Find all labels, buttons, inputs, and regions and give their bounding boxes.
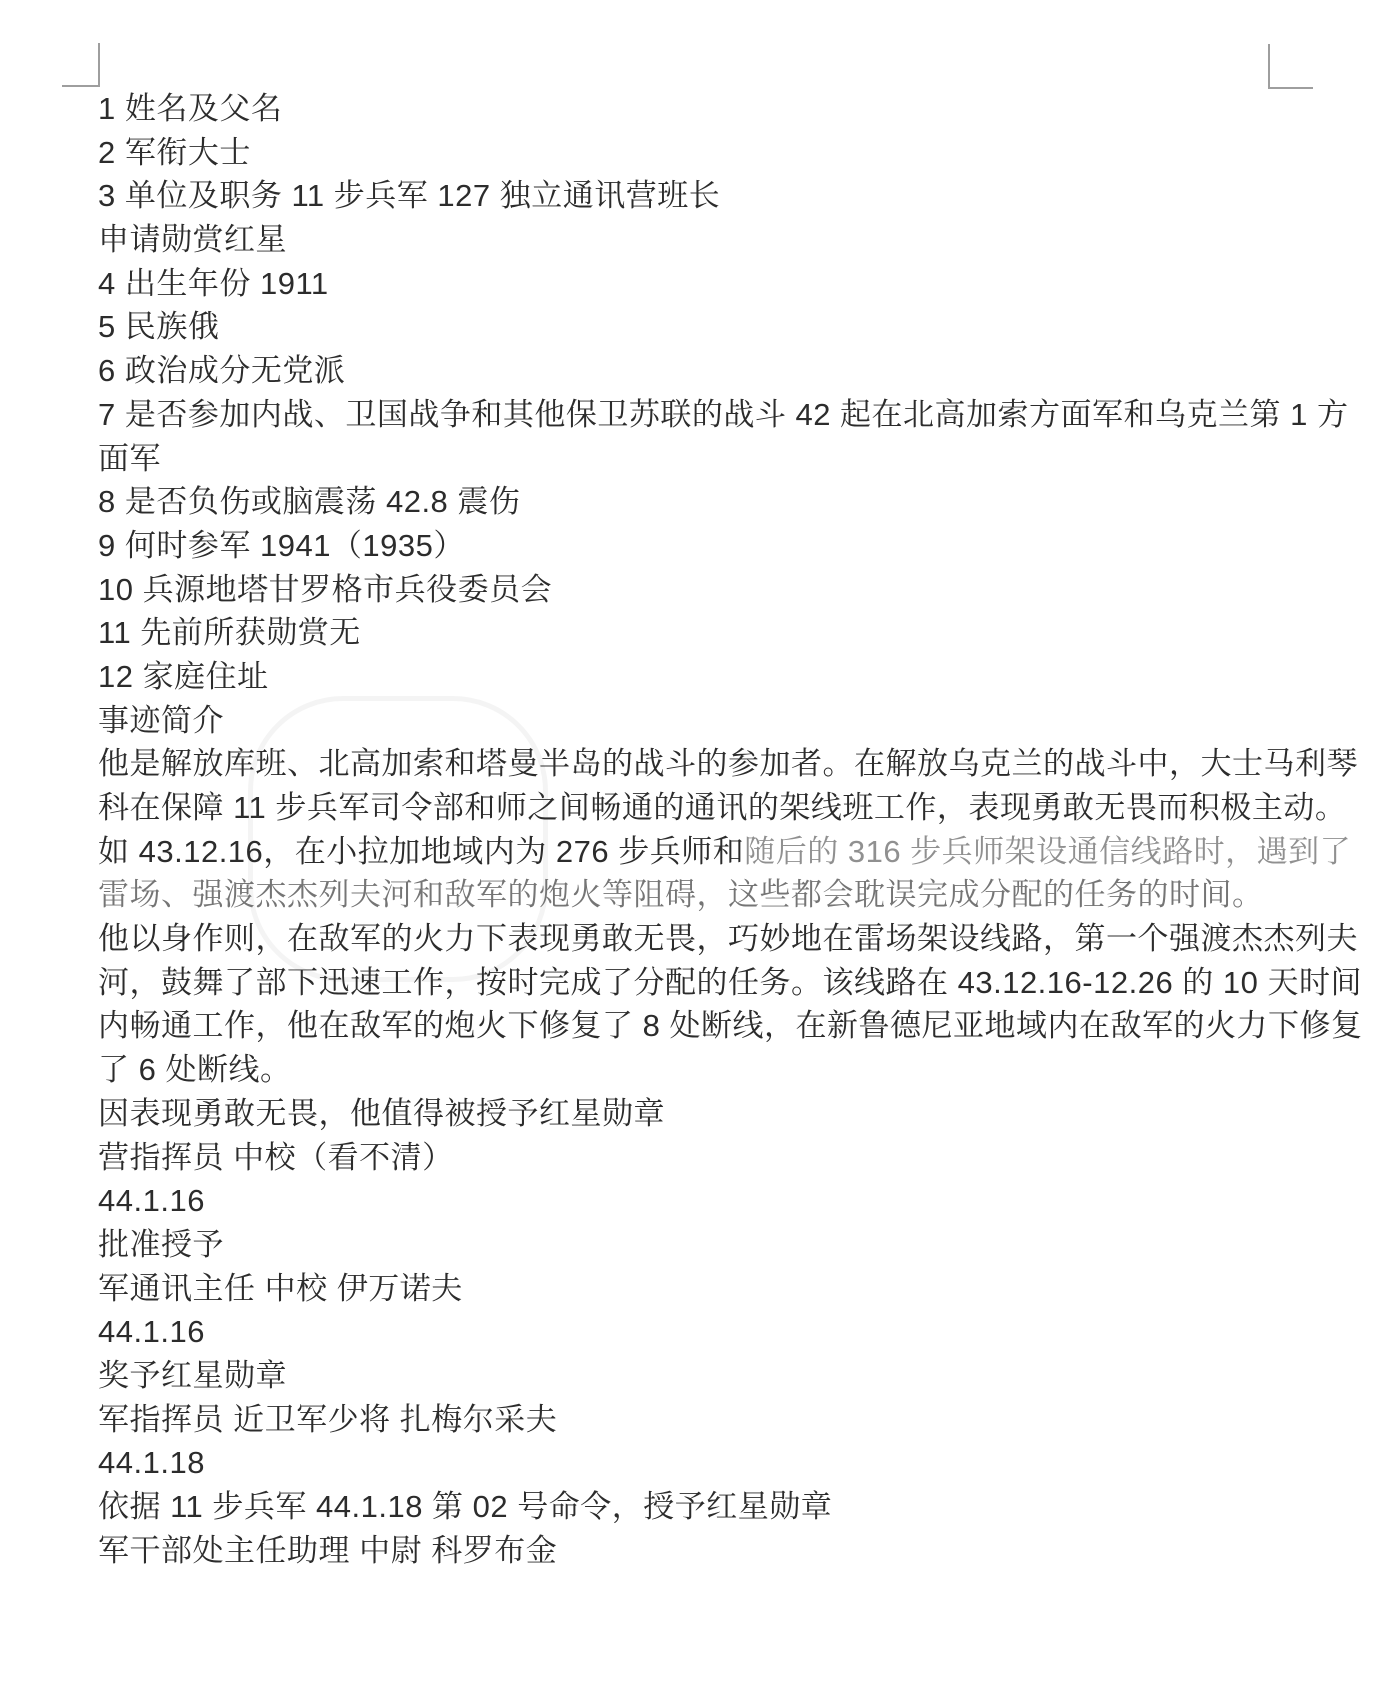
doc-line: 事迹简介 (98, 699, 1288, 743)
margin-mark-top-right (1268, 44, 1313, 89)
doc-line: 军指挥员 近卫军少将 扎梅尔采夫 (98, 1398, 1288, 1442)
doc-line: 4 出生年份 1911 (98, 262, 1288, 306)
doc-line: 他以身作则，在敌军的火力下表现勇敢无畏，巧妙地在雷场架设线路，第一个强渡杰杰列夫 (98, 917, 1288, 961)
doc-line: 雷场、强渡杰杰列夫河和敌军的炮火等阻碍，这些都会耽误完成分配的任务的时间。 (98, 873, 1288, 917)
doc-line: 他是解放库班、北高加索和塔曼半岛的战斗的参加者。在解放乌克兰的战斗中，大士马利琴 (98, 742, 1288, 786)
document-text: 1 姓名及父名 2 军衔大士 3 单位及职务 11 步兵军 127 独立通讯营班… (98, 87, 1288, 1572)
doc-line: 批准授予 (98, 1223, 1288, 1267)
doc-line: 6 政治成分无党派 (98, 349, 1288, 393)
doc-line: 8 是否负伤或脑震荡 42.8 震伤 (98, 480, 1288, 524)
doc-line: 面军 (98, 437, 1288, 481)
doc-line: 10 兵源地塔甘罗格市兵役委员会 (98, 568, 1288, 612)
doc-line: 11 先前所获勋赏无 (98, 611, 1288, 655)
doc-line: 44.1.16 (98, 1179, 1288, 1223)
doc-line: 9 何时参军 1941（1935） (98, 524, 1288, 568)
doc-line: 2 军衔大士 (98, 131, 1288, 175)
document-page: 1 姓名及父名 2 军衔大士 3 单位及职务 11 步兵军 127 独立通讯营班… (0, 0, 1400, 1681)
doc-line: 河，鼓舞了部下迅速工作，按时完成了分配的任务。该线路在 43.12.16-12.… (98, 961, 1288, 1005)
doc-line: 7 是否参加内战、卫国战争和其他保卫苏联的战斗 42 起在北高加索方面军和乌克兰… (98, 393, 1288, 437)
doc-line: 营指挥员 中校（看不清） (98, 1136, 1288, 1180)
doc-line: 依据 11 步兵军 44.1.18 第 02 号命令，授予红星勋章 (98, 1485, 1288, 1529)
doc-line: 军干部处主任助理 中尉 科罗布金 (98, 1529, 1288, 1573)
doc-line-segment-dark: 如 43.12.16，在小拉加地域内为 276 步兵师和 (98, 834, 744, 869)
doc-line: 因表现勇敢无畏，他值得被授予红星勋章 (98, 1092, 1288, 1136)
doc-line: 科在保障 11 步兵军司令部和师之间畅通的通讯的架线班工作，表现勇敢无畏而积极主… (98, 786, 1288, 830)
doc-line: 申请勋赏红星 (98, 218, 1288, 262)
margin-mark-top-left (62, 43, 100, 87)
doc-line: 军通讯主任 中校 伊万诺夫 (98, 1267, 1288, 1311)
doc-line-segment-faded: 随后的 316 步兵师架设通信线路时，遇到了 (744, 834, 1351, 869)
doc-line: 奖予红星勋章 (98, 1354, 1288, 1398)
doc-line: 内畅通工作，他在敌军的炮火下修复了 8 处断线，在新鲁德尼亚地域内在敌军的火力下… (98, 1004, 1288, 1048)
doc-line: 了 6 处断线。 (98, 1048, 1288, 1092)
doc-line: 12 家庭住址 (98, 655, 1288, 699)
doc-line: 1 姓名及父名 (98, 87, 1288, 131)
doc-line: 如 43.12.16，在小拉加地域内为 276 步兵师和随后的 316 步兵师架… (98, 830, 1288, 874)
doc-line: 5 民族俄 (98, 305, 1288, 349)
doc-line: 44.1.18 (98, 1441, 1288, 1485)
doc-line: 44.1.16 (98, 1310, 1288, 1354)
doc-line: 3 单位及职务 11 步兵军 127 独立通讯营班长 (98, 174, 1288, 218)
